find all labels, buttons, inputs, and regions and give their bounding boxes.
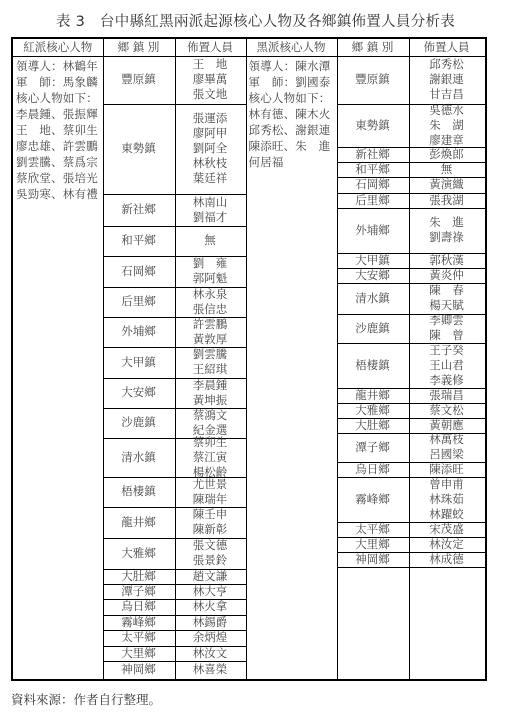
staff-name: 張信忠 [193,302,228,317]
red-town: 太平鄉 [103,630,175,646]
red-town: 石岡鄉 [103,256,175,287]
staff-name: 蔡鴻文 [193,408,228,423]
staff-name: 李晨鍾 [193,378,228,393]
red-staff: 余炳煌 [175,630,246,646]
black-town: 霧峰鄉 [337,477,409,522]
black-staff: 黃朝應 [409,418,485,433]
red-town: 大里鄉 [103,646,175,661]
column-header: 佈置人員 [175,39,246,56]
staff-name: 余炳煌 [193,630,228,645]
staff-name: 王子癸 [429,343,464,358]
staff-name: 郭阿魁 [193,271,228,286]
table-title: 表 3 台中縣紅黑兩派起源核心人物及各鄉鎮佈置人員分析表 [0,10,511,31]
staff-name: 尤世景 [193,477,228,492]
column-header: 鄉 鎮 別 [103,39,175,56]
black-town: 烏日鄉 [337,462,409,477]
staff-name: 朱 湖 [429,118,464,133]
staff-name: 蔡文松 [429,403,464,418]
staff-name: 林汝文 [193,646,228,661]
black-staff: 邱秀松謝銀連甘吉昌 [409,56,485,104]
staff-name: 陳 春 [429,283,464,298]
staff-name: 黃演織 [429,177,464,192]
staff-name: 林錫爵 [193,615,228,630]
black-staff: 郭秋漢 [409,253,485,268]
red-staff: 蔡鴻文紀金選 [175,408,246,438]
staff-name: 劉壽祿 [429,230,464,245]
staff-name: 林火拿 [193,599,228,614]
staff-name: 陳新彰 [193,522,228,537]
red-town: 豐原鎮 [103,56,175,104]
black-staff: 宋茂盛 [409,522,485,537]
red-staff: 許雲鵬黃敦厚 [175,317,246,347]
staff-name: 呂國梁 [429,447,464,462]
red-staff: 林南山劉福才 [175,194,246,226]
staff-name: 黃敦厚 [193,332,228,347]
staff-name: 曾申甫 [429,477,464,492]
red-town: 梧棲鎮 [103,477,175,507]
red-town: 后里鄉 [103,287,175,317]
staff-name: 李卿雲 [429,313,464,328]
black-staff: 林萬枝呂國梁 [409,433,485,462]
black-town: 新社鄉 [337,147,409,162]
red-staff: 劉雲騰王紹琪 [175,347,246,378]
black-staff: 李卿雲陳 曾 [409,314,485,343]
staff-name: 黃朝應 [429,418,464,433]
red-town: 大甲鎮 [103,347,175,378]
black-staff: 林成德 [409,552,485,567]
red-town: 外埔鄉 [103,317,175,347]
staff-name: 許雲鵬 [193,317,228,332]
red-town: 龍井鄉 [103,507,175,538]
staff-name: 廖畢萬 [193,72,228,87]
red-staff: 王 地廖畢萬張文地 [175,56,246,104]
red-town: 神岡鄉 [103,661,175,679]
staff-name: 楊天賦 [429,298,464,313]
staff-name: 吳德水 [429,103,464,118]
red-town: 大肚鄉 [103,569,175,584]
red-staff: 林汝文 [175,646,246,661]
staff-name: 張瑞昌 [429,388,464,403]
red-staff: 陳壬申陳新彰 [175,507,246,538]
staff-name: 林躍蛟 [429,507,464,522]
red-staff: 趙文謙 [175,569,246,584]
black-staff: 吳德水朱 湖廖建章 [409,104,485,147]
black-town: 大甲鎮 [337,253,409,268]
red-staff: 張文德張景鈴 [175,538,246,569]
red-staff: 林永泉張信忠 [175,287,246,317]
black-staff: 陳添旺 [409,462,485,477]
red-town: 和平鄉 [103,226,175,256]
black-town: 神岡鄉 [337,552,409,567]
staff-name: 葉廷祥 [193,171,228,186]
red-staff: 張運添廖阿甲劉阿全林秋枝葉廷祥 [175,104,246,194]
red-town: 清水鎮 [103,438,175,477]
staff-name: 郭秋漢 [429,253,464,268]
staff-name: 劉福才 [193,210,228,225]
red-town: 東勢鎮 [103,104,175,194]
red-town: 沙鹿鎮 [103,408,175,438]
black-staff: 張瑞昌 [409,388,485,403]
staff-name: 王山君 [429,358,464,373]
black-staff: 彭煥郎 [409,147,485,162]
black-town: 太平鄉 [337,522,409,537]
staff-name: 林大亨 [193,584,228,599]
black-staff: 黃演織 [409,177,485,193]
red-staff: 無 [175,226,246,256]
red-town: 新社鄉 [103,194,175,226]
column-header: 佈置人員 [409,39,485,56]
black-town: 后里鄉 [337,193,409,208]
black-staff: 陳 春楊天賦 [409,283,485,314]
red-staff: 尤世景陳瑞年 [175,477,246,507]
column-header: 鄉 鎮 別 [337,39,409,56]
black-town: 大安鄉 [337,268,409,283]
black-town: 梧棲鎮 [337,343,409,388]
staff-name: 謝銀連 [429,72,464,87]
staff-name: 廖阿甲 [193,126,228,141]
red-staff: 林火拿 [175,599,246,615]
staff-name: 甘吉昌 [429,87,464,102]
black-town: 清水鎮 [337,283,409,314]
staff-name: 陳瑞年 [193,492,228,507]
black-town: 和平鄉 [337,162,409,177]
staff-name: 張景鈴 [193,553,228,568]
staff-name: 陳添旺 [429,462,464,477]
red-town: 大安鄉 [103,378,175,408]
black-town: 大雅鄉 [337,403,409,418]
staff-name: 李義修 [429,373,464,388]
black-staff: 王子癸王山君李義修 [409,343,485,388]
staff-name: 林秋枝 [193,156,228,171]
staff-name: 黃坤振 [193,393,228,408]
staff-name: 蔡江寅 [193,450,228,465]
staff-name: 趙文謙 [193,569,228,584]
staff-name: 劉阿全 [193,141,228,156]
staff-name: 陳壬申 [193,507,228,522]
staff-name: 林永泉 [193,287,228,302]
red-faction-core-people: 領導人：林鶴年 軍 師：馬象麟 核心人物如下： 李晨鍾、張振輝 王 地、蔡卯生 … [16,58,98,202]
black-town: 龍井鄉 [337,388,409,403]
source-note: 資料來源：作者自行整理。 [11,690,161,708]
black-staff: 曾申甫林珠茹林躍蛟 [409,477,485,522]
staff-name: 林珠茹 [429,492,464,507]
staff-name: 無 [441,162,453,177]
red-staff: 林大亨 [175,584,246,599]
faction-table: 紅派核心人物鄉 鎮 別佈置人員黑派核心人物鄉 鎮 別佈置人員領導人：林鶴年 軍 … [11,37,487,681]
black-staff: 張我湖 [409,193,485,208]
black-town: 外埔鄉 [337,208,409,253]
staff-name: 廖建章 [429,133,464,148]
black-staff: 蔡文松 [409,403,485,418]
black-town: 大里鄉 [337,537,409,552]
staff-name: 邱秀松 [429,57,464,72]
black-town: 沙鹿鎮 [337,314,409,343]
red-staff: 劉 雍郭阿魁 [175,256,246,287]
column-header: 紅派核心人物 [13,39,103,56]
staff-name: 王 地 [193,57,228,72]
staff-name: 林喜榮 [193,662,228,677]
red-town: 烏日鄉 [103,599,175,615]
staff-name: 林成德 [429,552,464,567]
red-staff: 林喜榮 [175,661,246,679]
staff-name: 朱 進 [429,215,464,230]
column-header: 黑派核心人物 [246,39,337,56]
staff-name: 張文地 [193,87,228,102]
red-town: 大雅鄉 [103,538,175,569]
black-town: 大肚鄉 [337,418,409,433]
staff-name: 張我湖 [429,193,464,208]
staff-name: 王紹琪 [193,362,228,377]
staff-name: 陳 曾 [429,328,464,343]
red-town: 霧峰鄉 [103,615,175,630]
staff-name: 張運添 [193,111,228,126]
red-staff: 蔡卯生蔡江寅楊松齡 [175,438,246,477]
black-town: 東勢鎮 [337,104,409,147]
black-town: 石岡鄉 [337,177,409,193]
black-staff: 黃炎仲 [409,268,485,283]
row-divider [337,567,485,568]
column-divider [246,39,247,679]
staff-name: 宋茂盛 [429,522,464,537]
staff-name: 蔡卯生 [193,435,228,450]
black-town: 潭子鄉 [337,433,409,462]
staff-name: 劉 雍 [193,256,228,271]
staff-name: 無 [204,233,216,248]
black-town: 豐原鎮 [337,56,409,104]
black-staff: 無 [409,162,485,177]
staff-name: 林萬枝 [429,432,464,447]
black-staff: 林汝定 [409,537,485,552]
staff-name: 劉雲騰 [193,347,228,362]
red-town: 潭子鄉 [103,584,175,599]
staff-name: 黃炎仲 [429,268,464,283]
black-staff: 朱 進劉壽祿 [409,208,485,253]
staff-name: 林南山 [193,195,228,210]
black-faction-core-people: 領導人：陳水潭 軍 師：劉國泰 核心人物如下： 林有德、陳木火 邱秀松、謝銀連 … [249,58,331,170]
staff-name: 彭煥郎 [429,147,464,162]
red-staff: 林錫爵 [175,615,246,630]
staff-name: 林汝定 [429,537,464,552]
red-staff: 李晨鍾黃坤振 [175,378,246,408]
staff-name: 張文德 [193,538,228,553]
